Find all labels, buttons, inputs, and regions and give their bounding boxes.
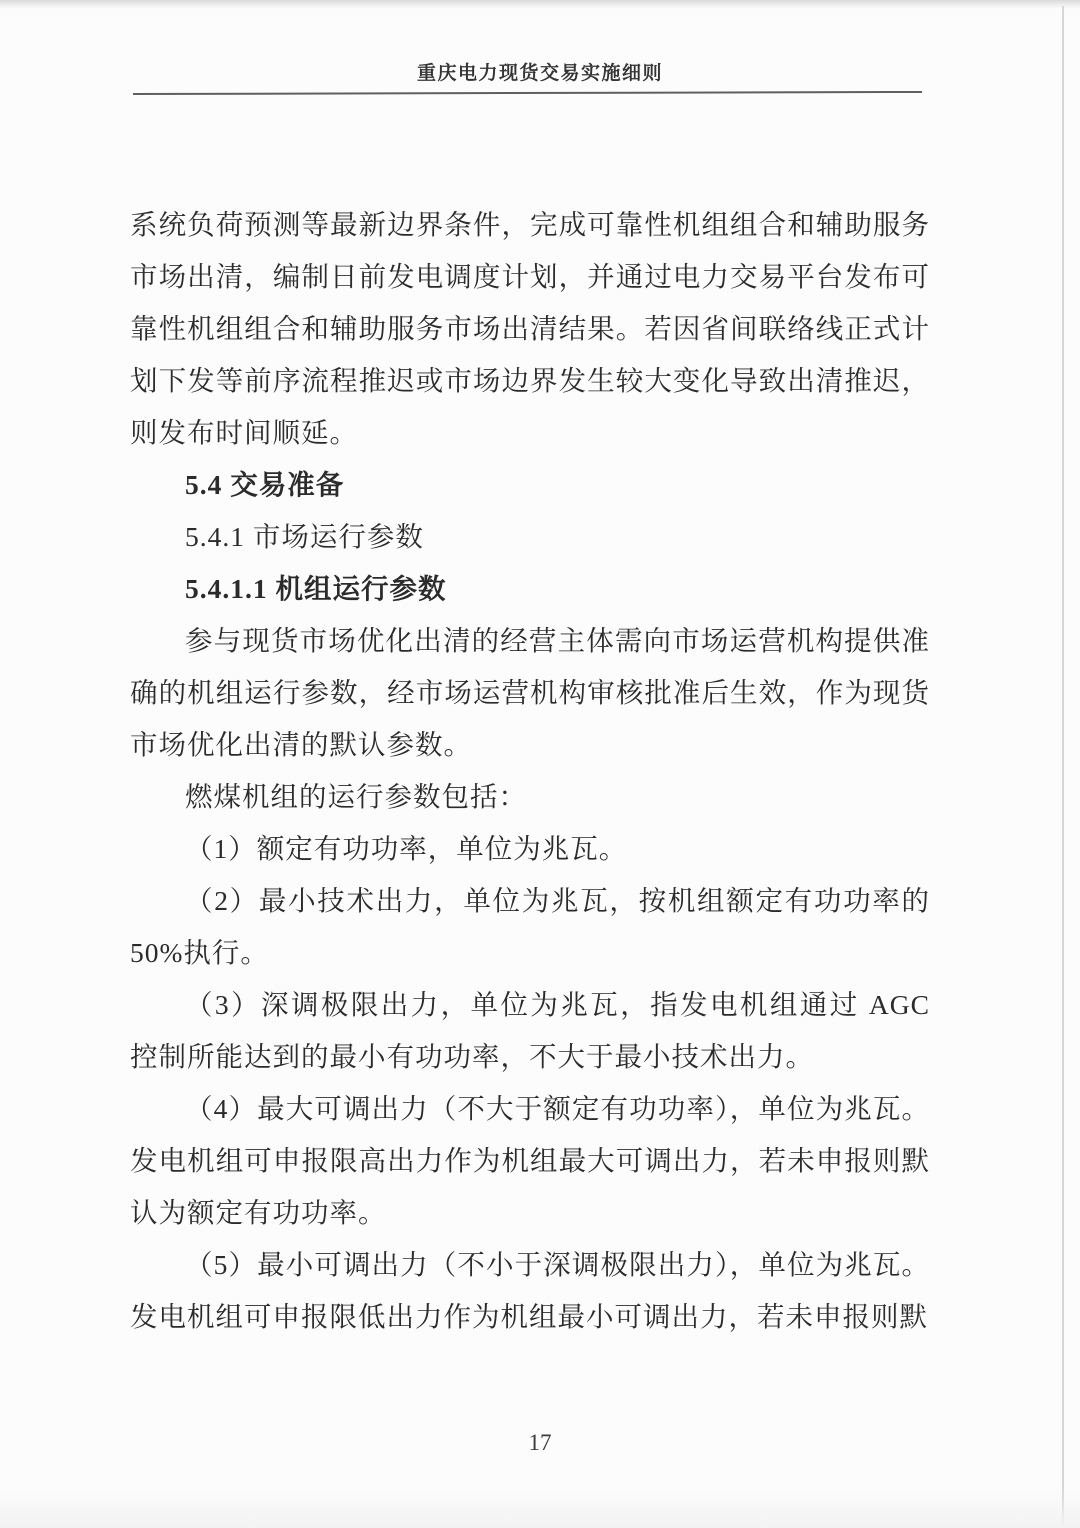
header-title: 重庆电力现货交易实施细则 xyxy=(0,58,1080,85)
document-page: 重庆电力现货交易实施细则 系统负荷预测等最新边界条件，完成可靠性机组组合和辅助服… xyxy=(0,0,1080,1528)
list-item-4: （4）最大可调出力（不大于额定有功功率），单位为兆瓦。发电机组可申报限高出力作为… xyxy=(130,1083,930,1239)
section-heading-5-4-1: 5.4.1 市场运行参数 xyxy=(130,511,930,563)
document-body: 系统负荷预测等最新边界条件，完成可靠性机组组合和辅助服务市场出清，编制日前发电调… xyxy=(130,199,930,1343)
paragraph-unit-parameters: 参与现货市场优化出清的经营主体需向市场运营机构提供准确的机组运行参数，经市场运营… xyxy=(130,615,930,771)
list-item-3: （3）深调极限出力，单位为兆瓦，指发电机组通过 AGC 控制所能达到的最小有功功… xyxy=(130,979,930,1083)
section-heading-5-4: 5.4 交易准备 xyxy=(130,459,930,511)
header-divider xyxy=(133,91,922,95)
list-item-2: （2）最小技术出力，单位为兆瓦，按机组额定有功功率的50%执行。 xyxy=(130,875,930,979)
scan-edge-right xyxy=(1062,6,1064,1528)
scan-smudge-bottom xyxy=(0,1488,1080,1528)
page-number: 17 xyxy=(0,1430,1080,1456)
list-item-1: （1）额定有功功率，单位为兆瓦。 xyxy=(130,823,930,875)
scan-edge-top xyxy=(0,0,1080,9)
paragraph-coal-unit-intro: 燃煤机组的运行参数包括： xyxy=(130,771,930,823)
section-heading-5-4-1-1: 5.4.1.1 机组运行参数 xyxy=(130,563,930,615)
body-paragraph-continued: 系统负荷预测等最新边界条件，完成可靠性机组组合和辅助服务市场出清，编制日前发电调… xyxy=(130,199,930,459)
list-item-5: （5）最小可调出力（不小于深调极限出力），单位为兆瓦。发电机组可申报限低出力作为… xyxy=(130,1239,930,1343)
